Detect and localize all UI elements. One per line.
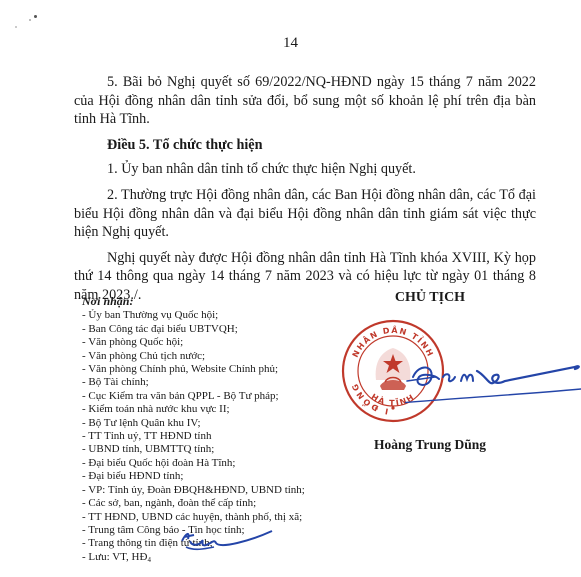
recipient-item: - Cục Kiểm tra văn bản QPPL - Bộ Tư pháp… — [82, 390, 305, 403]
recipient-item: - Văn phòng Chủ tịch nước; — [82, 350, 305, 363]
initial-signature — [160, 525, 280, 560]
recipient-item: - VP: Tỉnh ủy, Đoàn ĐBQH&HĐND, UBND tỉnh… — [82, 484, 305, 497]
recipient-item: - Bộ Tài chính; — [82, 376, 305, 389]
recipient-item: - TT Tỉnh uỷ, TT HĐND tỉnh — [82, 430, 305, 443]
document-body: 5. Bãi bỏ Nghị quyết số 69/2022/NQ-HĐND … — [74, 73, 536, 312]
recipient-item: - Đại biểu Quốc hội đoàn Hà Tĩnh; — [82, 457, 305, 470]
recipient-item: - Ban Công tác đại biểu UBTVQH; — [82, 323, 305, 336]
signer-title: CHỦ TỊCH — [330, 290, 530, 306]
recipient-item: - Kiểm toán nhà nước khu vực II; — [82, 403, 305, 416]
recipient-item: - Đại biểu HĐND tỉnh; — [82, 470, 305, 483]
scan-speck — [29, 19, 31, 21]
paragraph: 2. Thường trực Hội đồng nhân dân, các Ba… — [74, 186, 536, 242]
page-number: 14 — [0, 35, 581, 52]
scan-speck — [34, 15, 37, 18]
recipient-item: - Các sở, ban, ngành, đoàn thể cấp tỉnh; — [82, 497, 305, 510]
recipient-item: - UBND tỉnh, UBMTTQ tỉnh; — [82, 443, 305, 456]
signer-name: Hoàng Trung Dũng — [330, 437, 530, 453]
chairman-signature — [405, 355, 581, 410]
article-heading: Điều 5. Tổ chức thực hiện — [74, 136, 536, 155]
recipient-item: - Bộ Tư lệnh Quân khu IV; — [82, 417, 305, 430]
recipients-list: - Ủy ban Thường vụ Quốc hội;- Ban Công t… — [82, 309, 305, 550]
recipient-item: - Văn phòng Chính phủ, Website Chính phủ… — [82, 363, 305, 376]
paragraph: 5. Bãi bỏ Nghị quyết số 69/2022/NQ-HĐND … — [74, 73, 536, 129]
paragraph: 1. Ủy ban nhân dân tỉnh tổ chức thực hiệ… — [74, 160, 536, 179]
recipient-item: - Văn phòng Quốc hội; — [82, 336, 305, 349]
recipient-item: - Ủy ban Thường vụ Quốc hội; — [82, 309, 305, 322]
recipients-title: Nơi nhận: — [82, 295, 305, 308]
scan-speck — [15, 26, 17, 28]
recipient-item: - TT HĐND, UBND các huyện, thành phố, th… — [82, 511, 305, 524]
